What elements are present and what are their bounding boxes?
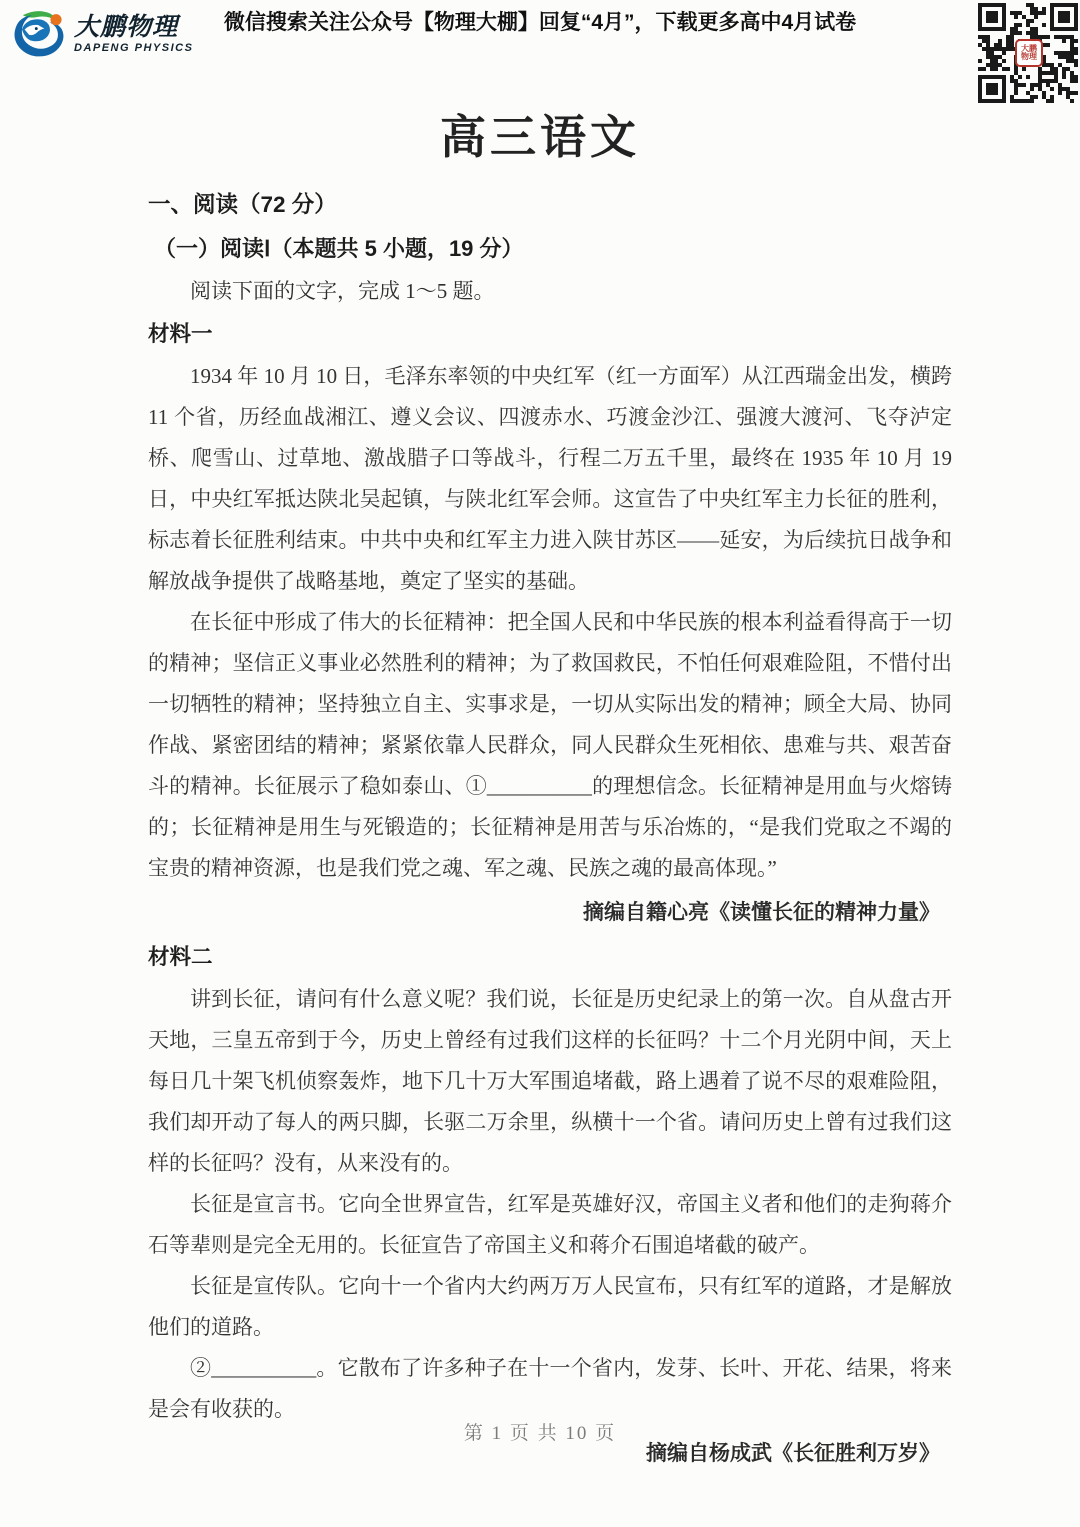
exam-content: 一、阅读（72 分） （一）阅读Ⅰ（本题共 5 小题，19 分） 阅读下面的文字… xyxy=(0,165,1080,1476)
qr-center-badge: 大鹏 物理 xyxy=(1015,39,1043,67)
section-heading: 一、阅读（72 分） xyxy=(148,183,952,227)
logo-text: 大鹏物理 DAPENG PHYSICS xyxy=(74,14,193,55)
material-2-paragraph: 长征是宣传队。它向十一个省内大约两万万人民宣布，只有红军的道路，才是解放他们的道… xyxy=(148,1266,952,1348)
logo-name-cn: 大鹏物理 xyxy=(74,14,193,40)
material-1-paragraph: 1934 年 10 月 10 日，毛泽东率领的中央红军（红一方面军）从江西瑞金出… xyxy=(148,356,952,602)
material-1-attribution: 摘编自籍心亮《读懂长征的精神力量》 xyxy=(148,889,952,935)
instruction-text: 阅读下面的文字，完成 1～5 题。 xyxy=(148,271,952,312)
qr-badge-text-2: 物理 xyxy=(1021,53,1037,61)
material-2-label: 材料二 xyxy=(148,935,952,979)
material-2-paragraph: 讲到长征，请问有什么意义呢？我们说，长征是历史纪录上的第一次。自从盘古开天地，三… xyxy=(148,979,952,1184)
material-1-paragraph: 在长征中形成了伟大的长征精神：把全国人民和中华民族的根本利益看得高于一切的精神；… xyxy=(148,602,952,889)
dapeng-bird-icon xyxy=(10,8,68,60)
material-1: 材料一 1934 年 10 月 10 日，毛泽东率领的中央红军（红一方面军）从江… xyxy=(148,312,952,935)
material-2: 材料二 讲到长征，请问有什么意义呢？我们说，长征是历史纪录上的第一次。自从盘古开… xyxy=(148,935,952,1476)
subsection-heading: （一）阅读Ⅰ（本题共 5 小题，19 分） xyxy=(148,227,952,271)
logo-name-en: DAPENG PHYSICS xyxy=(74,43,193,55)
dapeng-logo: 大鹏物理 DAPENG PHYSICS xyxy=(10,8,193,60)
material-2-paragraph: 长征是宣言书。它向全世界宣告，红军是英雄好汉，帝国主义者和他们的走狗蒋介石等辈则… xyxy=(148,1184,952,1266)
page-number: 第 1 页 共 10 页 xyxy=(0,1418,1080,1445)
qr-code: 大鹏 物理 xyxy=(978,2,1078,104)
material-1-label: 材料一 xyxy=(148,312,952,356)
page-header: 大鹏物理 DAPENG PHYSICS 微信搜索关注公众号【物理大棚】回复“4月… xyxy=(0,0,1080,110)
exam-page: 大鹏物理 DAPENG PHYSICS 微信搜索关注公众号【物理大棚】回复“4月… xyxy=(0,0,1080,1527)
wechat-notice: 微信搜索关注公众号【物理大棚】回复“4月”，下载更多高中4月试卷 xyxy=(224,6,856,36)
